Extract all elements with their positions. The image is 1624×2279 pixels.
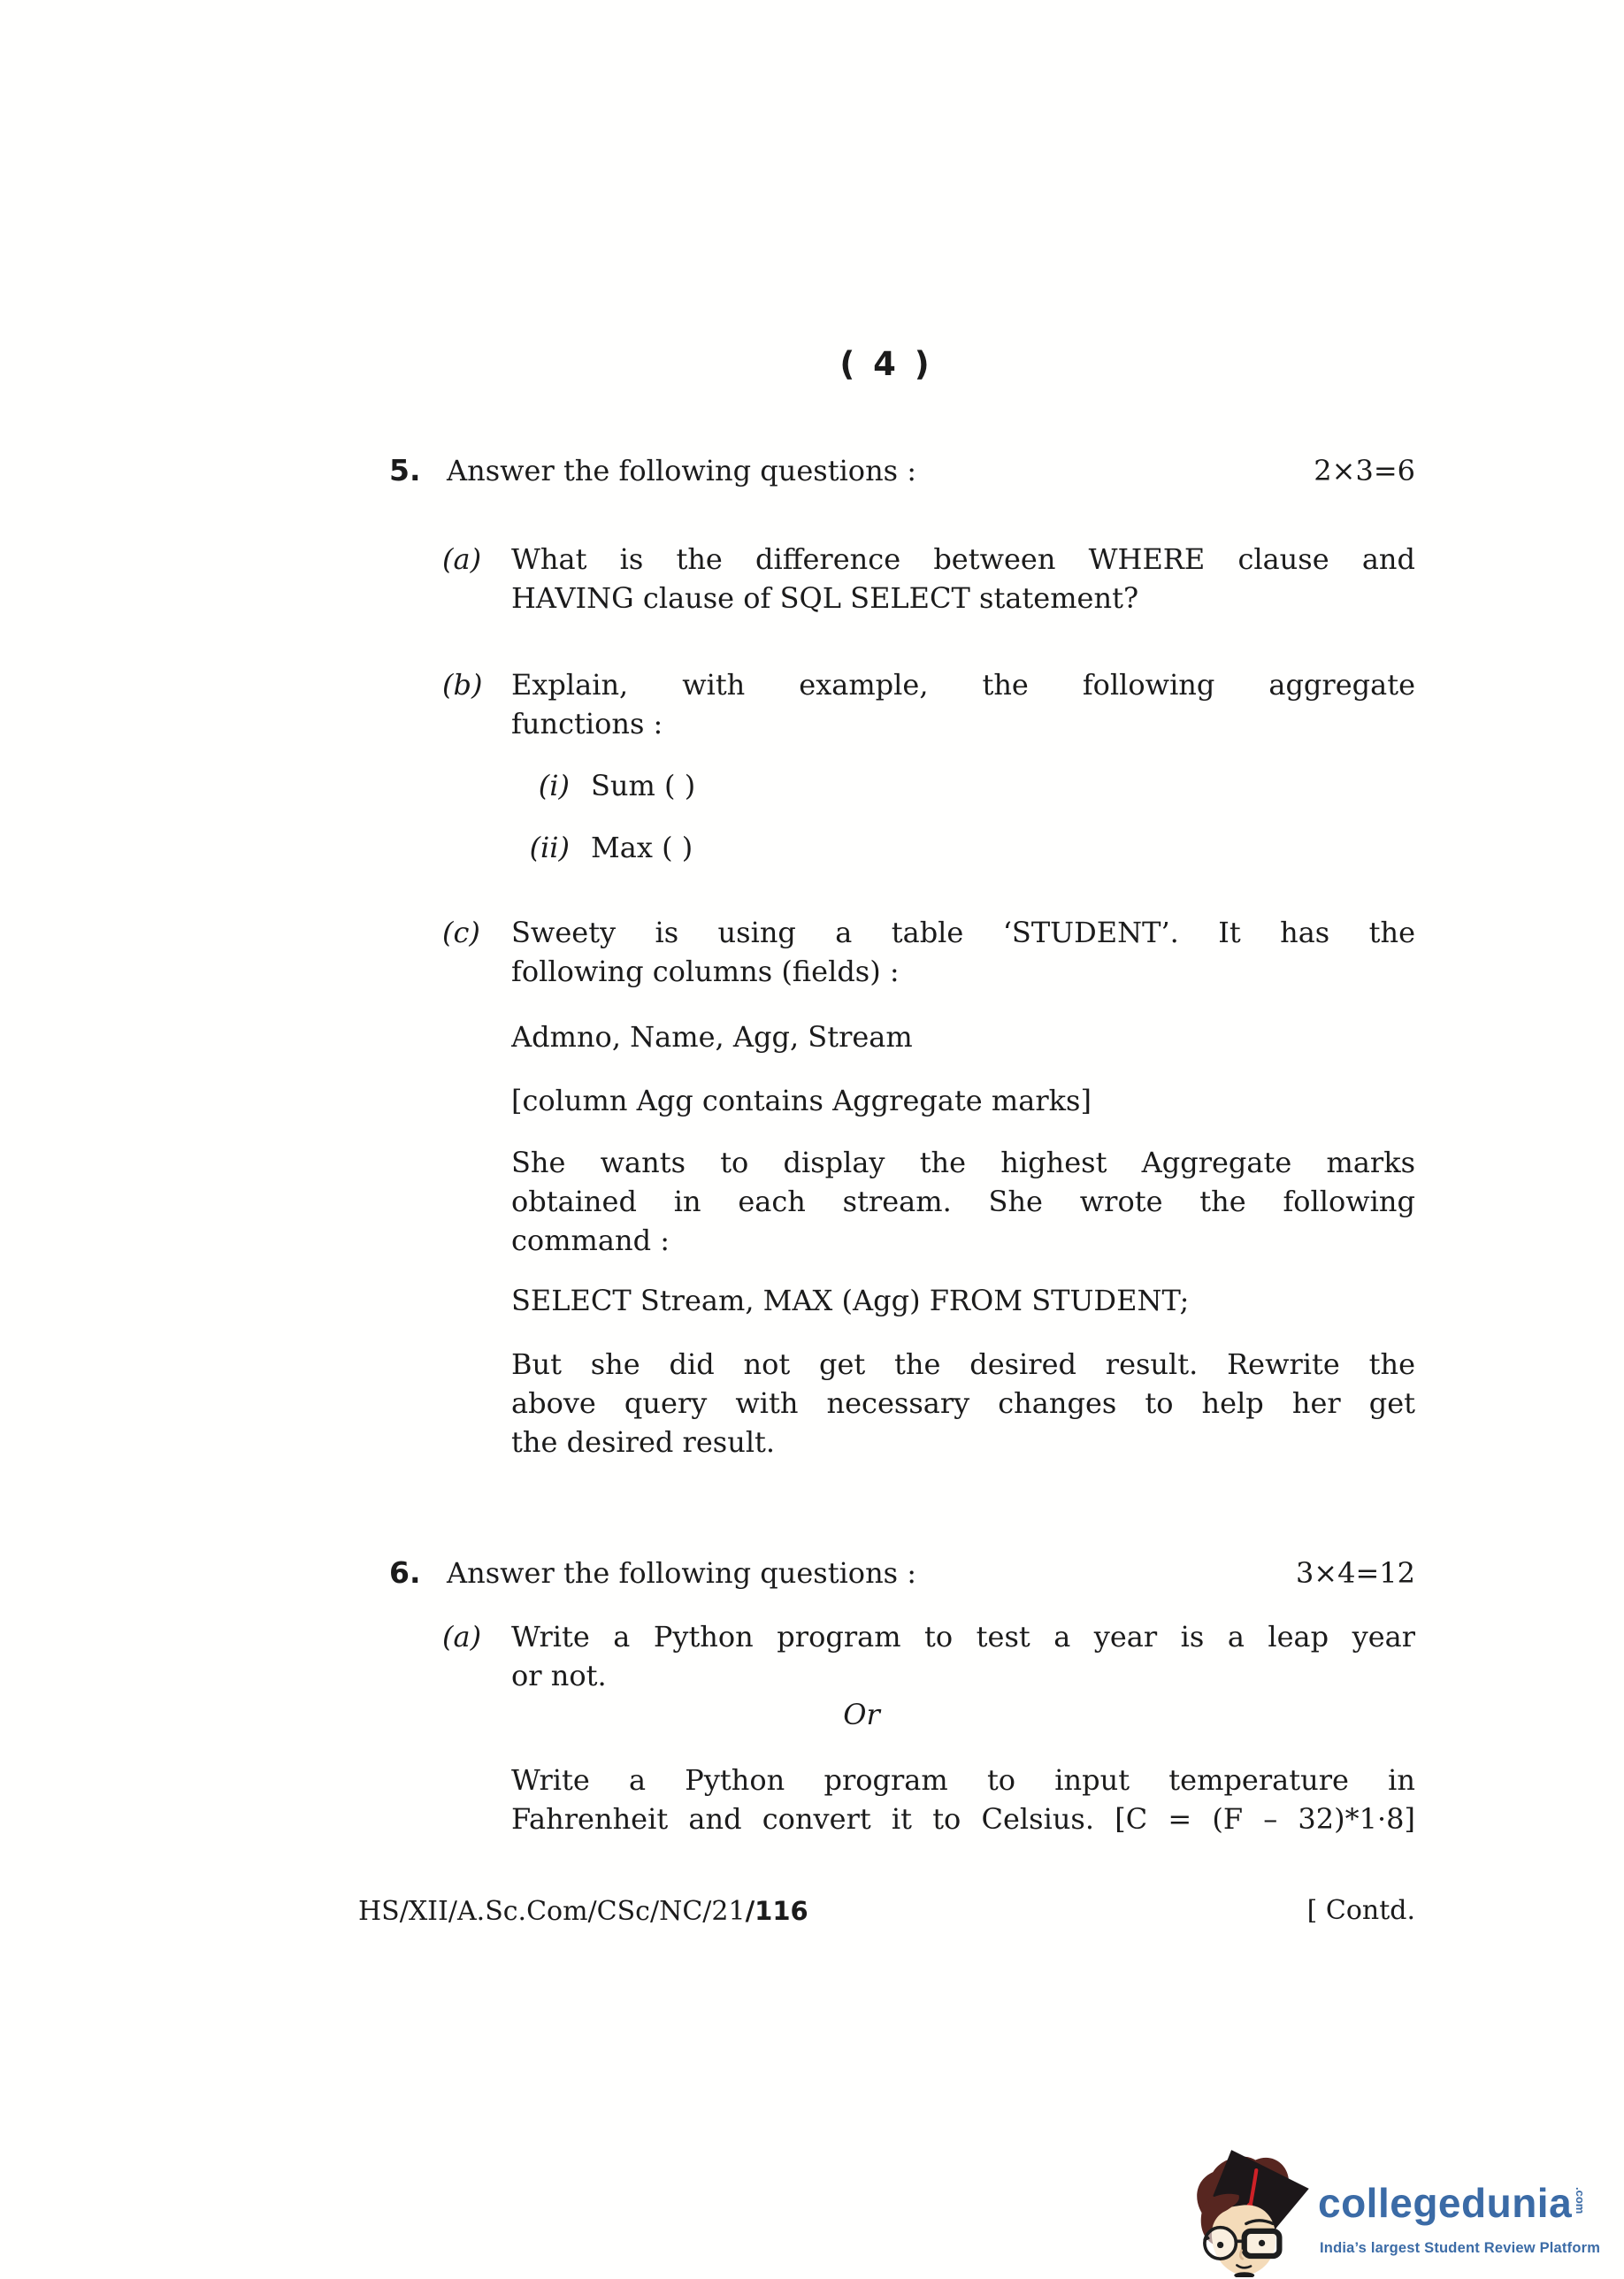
question-5c-result-line2: above query with necessary changes to he… xyxy=(511,1384,1415,1423)
question-5c-sql: SELECT Stream, MAX (Agg) FROM STUDENT; xyxy=(511,1281,1415,1320)
question-5-marks: 2×3=6 xyxy=(1314,451,1415,490)
question-5-prompt: Answer the following questions : xyxy=(447,451,916,490)
collegedunia-logo: collegedunia .com India’s largest Studen… xyxy=(1185,2141,1624,2279)
question-5a-text: What is the difference between WHERE cla… xyxy=(511,540,1415,618)
logo-brand-text: collegedunia xyxy=(1318,2182,1572,2224)
question-5-header: 5. Answer the following questions : 2×3=… xyxy=(389,451,1415,490)
question-6-prompt: Answer the following questions : xyxy=(447,1554,916,1592)
logo-brand-row: collegedunia .com xyxy=(1318,2182,1587,2224)
question-6-marks: 3×4=12 xyxy=(1296,1554,1415,1592)
question-6a-alt-line1: Write a Python program to input temperat… xyxy=(511,1761,1415,1799)
question-6a-or: Or xyxy=(791,1695,932,1734)
question-6a-alt-line2: Fahrenheit and convert it to Celsius. [C… xyxy=(511,1799,1415,1838)
question-5b-ii-text: Max ( ) xyxy=(591,828,693,867)
question-5c-note-line: [column Agg contains Aggregate marks] xyxy=(511,1081,1415,1120)
question-5b-text: Explain, with example, the following agg… xyxy=(511,665,1415,743)
question-5c-label: (c) xyxy=(442,913,504,952)
question-5b-label: (b) xyxy=(442,665,504,704)
question-5c-sql-line: SELECT Stream, MAX (Agg) FROM STUDENT; xyxy=(511,1281,1415,1320)
exam-paper-page: ( 4 ) 5. Answer the following questions … xyxy=(0,0,1624,2279)
question-5-number: 5. xyxy=(389,451,421,490)
question-5c-desc-line2: obtained in each stream. She wrote the f… xyxy=(511,1182,1415,1221)
logo-tagline: India’s largest Student Review Platform xyxy=(1320,2240,1620,2257)
question-6a-line2: or not. xyxy=(511,1656,1415,1695)
question-6a-alt-text: Write a Python program to input temperat… xyxy=(511,1761,1415,1838)
question-5b-line1: Explain, with example, the following agg… xyxy=(511,665,1415,704)
question-6-number: 6. xyxy=(389,1554,421,1592)
question-5c-line2: following columns (fields) : xyxy=(511,952,1415,991)
page-number: ( 4 ) xyxy=(770,345,1003,383)
question-6a-line1: Write a Python program to test a year is… xyxy=(511,1617,1415,1656)
paper-code: HS/XII/A.Sc.Com/CSc/NC/21/116 xyxy=(358,1893,808,1930)
question-5b-i-text: Sum ( ) xyxy=(591,766,695,805)
collegedunia-mascot-icon xyxy=(1185,2148,1314,2277)
question-5a-label: (a) xyxy=(442,540,504,579)
question-5b-line2: functions : xyxy=(511,704,1415,743)
question-6-header: 6. Answer the following questions : 3×4=… xyxy=(389,1554,1415,1592)
question-5c-description: She wants to display the highest Aggrega… xyxy=(511,1143,1415,1260)
question-5a-line2: HAVING clause of SQL SELECT statement? xyxy=(511,579,1415,618)
question-5c-result-line3: the desired result. xyxy=(511,1423,1415,1462)
question-5b-i-label: (i) xyxy=(488,766,570,805)
question-5c-columns-line: Admno, Name, Agg, Stream xyxy=(511,1017,1415,1056)
paper-code-regular: HS/XII/A.Sc.Com/CSc/NC/21 xyxy=(358,1896,746,1927)
question-5c-desc-line3: command : xyxy=(511,1221,1415,1260)
question-5c-result-line1: But she did not get the desired result. … xyxy=(511,1345,1415,1384)
logo-tld-text: .com xyxy=(1574,2187,1587,2214)
question-5c-note: [column Agg contains Aggregate marks] xyxy=(511,1081,1415,1120)
question-5a-line1: What is the difference between WHERE cla… xyxy=(511,540,1415,579)
question-6a-text: Write a Python program to test a year is… xyxy=(511,1617,1415,1695)
contd-note: [ Contd. xyxy=(1307,1893,1415,1929)
paper-code-bold: /116 xyxy=(746,1896,808,1926)
question-5c-result: But she did not get the desired result. … xyxy=(511,1345,1415,1462)
question-6a-label: (a) xyxy=(442,1617,504,1656)
question-5c-columns: Admno, Name, Agg, Stream xyxy=(511,1017,1415,1056)
question-5b-ii-label: (ii) xyxy=(488,828,570,867)
question-5c-line1: Sweety is using a table ‘STUDENT’. It ha… xyxy=(511,913,1415,952)
question-5c-text: Sweety is using a table ‘STUDENT’. It ha… xyxy=(511,913,1415,991)
question-5c-desc-line1: She wants to display the highest Aggrega… xyxy=(511,1143,1415,1182)
